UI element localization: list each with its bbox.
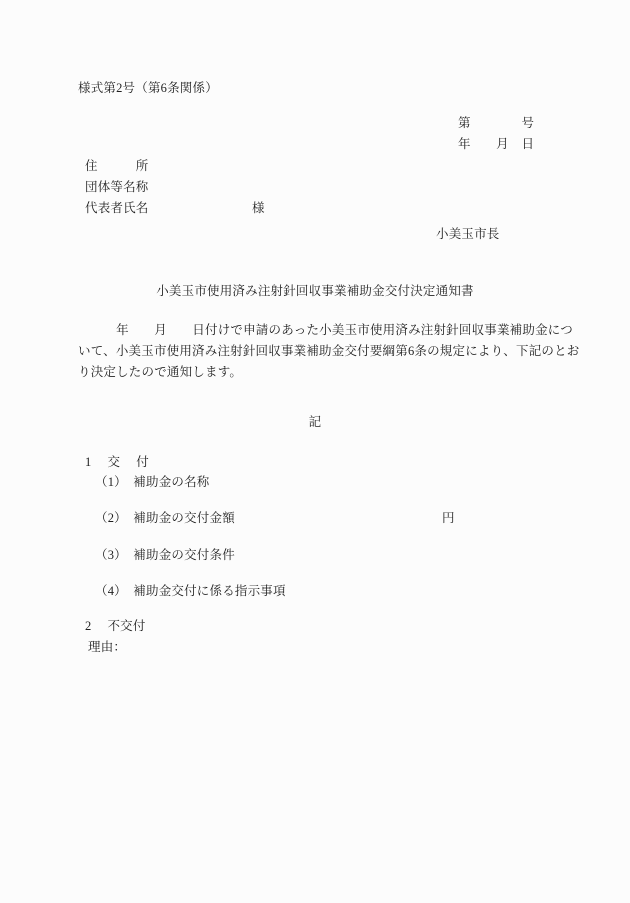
recipient-honorific: 様 bbox=[252, 201, 265, 216]
body-paragraph-line: り決定したので通知します。 bbox=[78, 365, 242, 380]
recipient-representative-label: 代表者氏名 bbox=[85, 201, 149, 216]
recipient-address-label: 住 所 bbox=[85, 159, 149, 174]
section-no-grant-heading: 2 不交付 bbox=[85, 619, 146, 634]
grant-item-instructions: （4） 補助金交付に係る指示事項 bbox=[95, 584, 286, 599]
no-grant-reason-label: 理由： bbox=[88, 640, 126, 655]
body-paragraph-line: いて、小美玉市使用済み注射針回収事業補助金交付要綱第6条の規定により、下記のとお bbox=[78, 344, 580, 359]
document-page: 様式第2号（第6条関係） 第 号 年 月 日 住 所 団体等名称 代表者氏名 様… bbox=[0, 0, 630, 903]
date-blank: 年 月 日 bbox=[458, 137, 534, 152]
form-number-label: 様式第2号（第6条関係） bbox=[78, 81, 218, 96]
document-number-blank: 第 号 bbox=[458, 116, 534, 131]
recipient-organization-label: 団体等名称 bbox=[85, 180, 149, 195]
section-grant-heading: 1 交 付 bbox=[85, 455, 149, 470]
grant-item-subsidy-amount: （2） 補助金の交付金額 bbox=[95, 511, 235, 526]
grant-item-conditions: （3） 補助金の交付条件 bbox=[95, 548, 235, 563]
sender-mayor-name: 小美玉市長 bbox=[436, 227, 500, 242]
grant-item-subsidy-name: （1） 補助金の名称 bbox=[95, 475, 210, 490]
currency-unit-label: 円 bbox=[442, 511, 455, 526]
record-heading: 記 bbox=[0, 415, 630, 430]
body-paragraph-line: 年 月 日付けで申請のあった小美玉市使用済み注射針回収事業補助金につ bbox=[78, 323, 573, 338]
document-title: 小美玉市使用済み注射針回収事業補助金交付決定通知書 bbox=[0, 284, 630, 299]
